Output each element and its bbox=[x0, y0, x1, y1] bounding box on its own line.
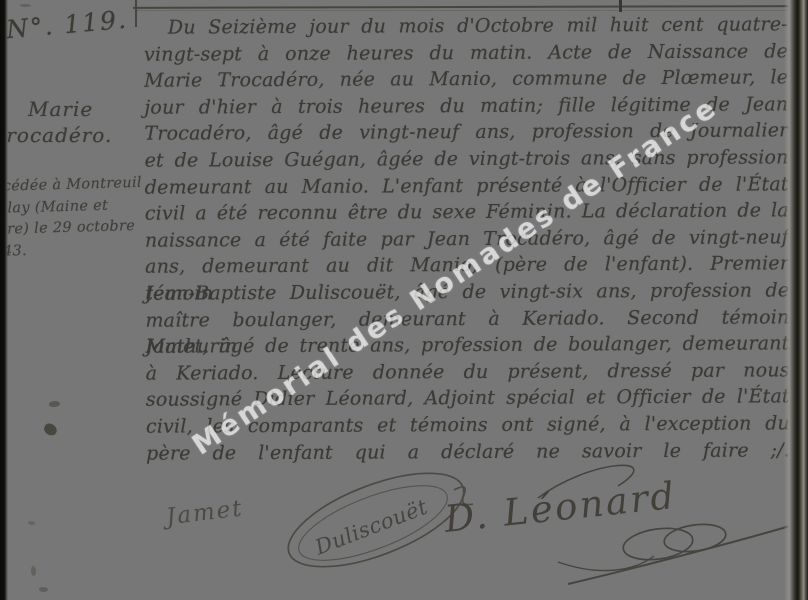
act-line-9: naissance a été faite par Jean Trocadéro… bbox=[145, 224, 789, 254]
act-line-13: Jamet, âgé de trente ans, profession de … bbox=[145, 330, 789, 360]
act-line-15: soussigné Didier Léonard, Adjoint spécia… bbox=[146, 384, 790, 414]
act-line-2: vingt-sept à onze heures du matin. Acte … bbox=[144, 38, 788, 68]
act-number: N°. 119. bbox=[5, 5, 129, 45]
top-tick-mark bbox=[619, 0, 622, 12]
act-line-1: Du Seizième jour du mois d'Octobre mil h… bbox=[144, 11, 788, 41]
death-note-line3: Loire) le 29 octobre bbox=[0, 216, 143, 242]
act-line-6: et de Louise Guégan, âgée de vingt-trois… bbox=[145, 144, 789, 174]
margin-death-annotation: Décédée à Montreuil Bellay (Maine et Loi… bbox=[0, 173, 144, 263]
ink-blot bbox=[49, 400, 61, 408]
act-line-3: Marie Trocadéro, née au Manio, commune d… bbox=[144, 65, 788, 95]
margin-tick-line bbox=[135, 0, 137, 27]
margin-name-line1: Marie bbox=[0, 96, 112, 122]
act-line-11: Jean-Baptiste Duliscouët, âgé de vingt-s… bbox=[145, 277, 789, 307]
act-body-text: Du Seizième jour du mois d'Octobre mil h… bbox=[144, 11, 790, 466]
signature-jamet: Jamet bbox=[165, 495, 245, 530]
act-line-16: civil, les comparants et témoins ont sig… bbox=[146, 410, 790, 440]
margin-child-name: Marie Trocadéro. bbox=[0, 96, 112, 148]
signature-leonard-flourish: D. Léonard bbox=[418, 452, 808, 600]
ink-blot bbox=[42, 422, 58, 437]
act-line-10: ans, demeurant au dit Manio, (père de l'… bbox=[145, 251, 789, 281]
death-note-line1: Décédée à Montreuil bbox=[0, 173, 142, 199]
act-line-8: civil a été reconnu être du sexe Féminin… bbox=[145, 197, 789, 227]
act-line-12: maître boulanger, demeurant à Keriado. S… bbox=[145, 304, 789, 334]
act-line-5: Trocadéro, âgé de vingt-neuf ans, profes… bbox=[144, 118, 788, 148]
scanned-birth-register-page: N°. 119. Marie Trocadéro. Décédée à Mont… bbox=[0, 0, 808, 600]
scan-left-edge bbox=[0, 0, 8, 600]
death-note-line4: 1943. bbox=[0, 237, 144, 263]
margin-name-line2: Trocadéro. bbox=[0, 122, 112, 148]
act-line-7: demeurant au Manio. L'enfant présenté à … bbox=[145, 171, 789, 201]
scan-right-edge bbox=[784, 0, 808, 600]
ink-blot bbox=[31, 566, 36, 576]
act-line-4: jour d'hier à trois heures du matin; fil… bbox=[144, 91, 788, 121]
act-line-14: à Keriado. Lecture donnée du présent, dr… bbox=[146, 357, 790, 387]
ink-blot bbox=[39, 587, 48, 592]
ink-blot bbox=[28, 521, 35, 525]
top-rule-line bbox=[133, 5, 796, 9]
ink-blot bbox=[20, 4, 31, 7]
